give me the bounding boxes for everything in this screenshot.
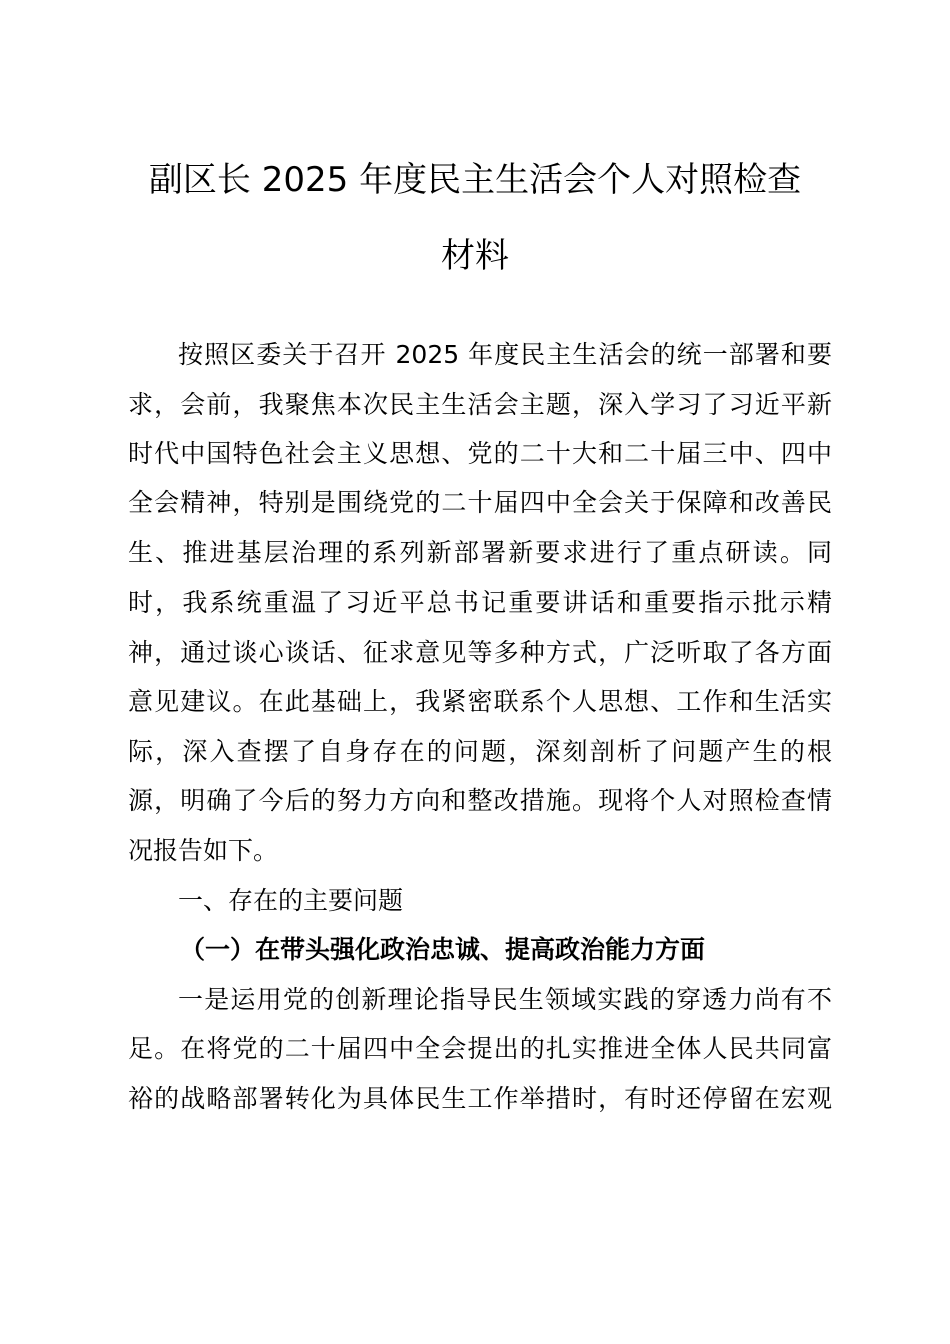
paragraph-line: 时代中国特色社会主义思想、党的二十大和二十届三中、四中 — [128, 437, 832, 471]
document-title-line-2: 材料 — [0, 236, 950, 276]
paragraph-line: 一是运用党的创新理论指导民生领域实践的穿透力尚有不 — [178, 983, 832, 1017]
paragraph-line: 足。在将党的二十届四中全会提出的扎实推进全体人民共同富 — [128, 1032, 832, 1066]
paragraph-line: 神，通过谈心谈话、征求意见等多种方式，广泛听取了各方面 — [128, 636, 832, 670]
paragraph-line: 裕的战略部署转化为具体民生工作举措时，有时还停留在宏观 — [128, 1082, 832, 1116]
paragraph-line: 按照区委关于召开 2025 年度民主生活会的统一部署和要 — [178, 338, 832, 372]
document-page: 副区长 2025 年度民主生活会个人对照检查 材料 按照区委关于召开 2025 … — [0, 0, 950, 1344]
paragraph-line: 全会精神，特别是围绕党的二十届四中全会关于保障和改善民 — [128, 486, 832, 520]
paragraph-line: 时，我系统重温了习近平总书记重要讲话和重要指示批示精 — [128, 586, 832, 620]
paragraph-line: 际，深入查摆了自身存在的问题，深刻剖析了问题产生的根 — [128, 735, 832, 769]
paragraph-line: 求，会前，我聚焦本次民主生活会主题，深入学习了习近平新 — [128, 388, 832, 422]
paragraph-line: 源，明确了今后的努力方向和整改措施。现将个人对照检查情 — [128, 784, 832, 818]
document-title-line-1: 副区长 2025 年度民主生活会个人对照检查 — [0, 160, 950, 200]
paragraph-line: 生、推进基层治理的系列新部署新要求进行了重点研读。同 — [128, 536, 832, 570]
paragraph-line: 况报告如下。 — [128, 834, 832, 868]
subsection-heading: （一）在带头强化政治忠诚、提高政治能力方面 — [180, 933, 705, 967]
section-heading: 一、存在的主要问题 — [178, 884, 403, 918]
paragraph-line: 意见建议。在此基础上，我紧密联系个人思想、工作和生活实 — [128, 685, 832, 719]
